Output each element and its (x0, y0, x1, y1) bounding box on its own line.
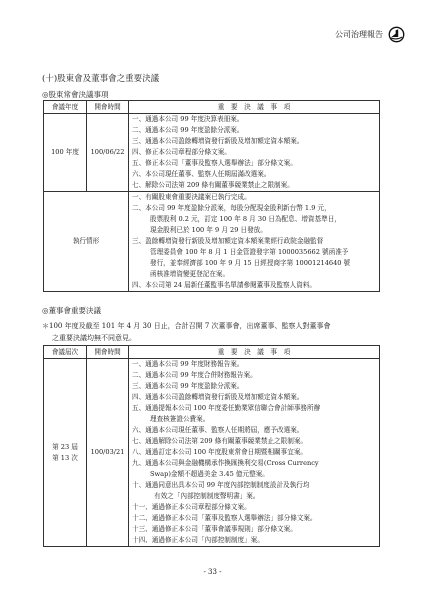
list-item-continuation: 股票股利 0.2 元，訂定 100 年 8 月 30 日為配息、增資基準日， (132, 214, 376, 225)
board-note: ＊100 年度及截至 101 年 4 月 30 日止，合計召開 7 次董事會，出… (42, 320, 387, 344)
header-title: 公司治理報告 (335, 29, 383, 40)
meeting-date: 100/03/21 (87, 359, 129, 547)
table-row: 第 23 屆 第 13 次 100/03/21 一、通過本公司 99 年度財務報… (44, 359, 380, 547)
list-item-continuation: 函核准增資變更登記在案。 (132, 269, 376, 280)
list-item: 十二、通過修正本公司「董事及監察人選舉辦法」部分條文案。 (132, 513, 376, 524)
column-header: 開會時間 (87, 101, 129, 114)
note-line: ＊100 年度及截至 101 年 4 月 30 日止，合計召開 7 次董事會，出… (42, 320, 387, 332)
list-item: 四、修正本公司章程部分條文案。 (132, 147, 376, 158)
column-header: 會議屆次 (44, 346, 87, 359)
board-resolutions-table: 會議屆次 開會時間 重 要 決 議 事 項 第 23 屆 第 13 次 100/… (43, 345, 380, 547)
list-item: 五、修正本公司「董事及監察人選舉辦法」部分條文案。 (132, 158, 376, 169)
list-item: 十四、通過修正本公司「內部控制制度」案。 (132, 535, 376, 546)
shareholders-resolutions-table: 會議年度 開會時間 重 要 決 議 事 項 100 年度 100/06/22 一… (43, 100, 380, 292)
list-item: 一、通過本公司 99 年度財務報告案。 (132, 359, 376, 370)
list-item-continuation: 有效之「內部控制制度聲明書」案。 (132, 491, 376, 502)
list-item: 十三、通過修正本公司「董事會議事規則」部分條文案。 (132, 524, 376, 535)
company-logo-icon (388, 26, 405, 43)
list-item-continuation: 發行，並奉經濟部 100 年 9 月 15 日經授商字第 10001214640… (132, 258, 376, 269)
table-row: 執行情形 一、有關股東會重要決議案已執行完成。 二、本公司 99 年度盈餘分派案… (44, 192, 380, 292)
list-item: 一、通過本公司 99 年度決算表冊案。 (132, 114, 376, 125)
page-number: - 33 - (0, 568, 425, 576)
column-header: 重 要 決 議 事 項 (129, 101, 380, 114)
list-item: 五、通過提報本公司 100 年度委任勤業眾信聯合會計師事務所辦 (132, 403, 376, 414)
list-item: 七、解除公司法第 209 條有關董事競業禁止之限制案。 (132, 180, 376, 191)
list-item: 八、通過訂定本公司 100 年度股東常會日期暨相關事宜案。 (132, 447, 376, 458)
session-line: 第 23 屆 (47, 442, 83, 453)
section-title: (十)股東會及董事會之重要決議 (42, 72, 159, 84)
execution-label: 執行情形 (44, 192, 129, 292)
list-item: 四、通過本公司盈餘轉增資發行新股及增加額定資本額案。 (132, 392, 376, 403)
session-line: 第 13 次 (47, 453, 83, 464)
meeting-session: 第 23 屆 第 13 次 (44, 359, 87, 547)
column-header: 開會時間 (87, 346, 129, 359)
shareholders-subtitle: ◎股東常會決議事項 (42, 89, 109, 100)
list-item: 十、通過同意出具本公司 99 年度內部控制制度設計及執行均 (132, 480, 376, 491)
meeting-date: 100/06/22 (87, 114, 129, 192)
column-header: 重 要 決 議 事 項 (129, 346, 380, 359)
list-item-continuation: 管理委員會 100 年 8 月 1 日金管證發字第 1000035662 號函准… (132, 247, 376, 258)
list-item: 三、盈餘轉增資發行新股及增加額定資本額案業經行政院金融監督 (132, 236, 376, 247)
list-item: 三、通過本公司 99 年度盈餘分派案。 (132, 381, 376, 392)
list-item-continuation: Swap)金額不超過美金 3.45 億元整案。 (132, 469, 376, 480)
resolution-items: 一、通過本公司 99 年度決算表冊案。 二、通過本公司 99 年度盈餘分派案。 … (129, 114, 380, 192)
execution-items: 一、有關股東會重要決議案已執行完成。 二、本公司 99 年度盈餘分派案，每股分配… (129, 192, 380, 292)
list-item: 十一、通過修正本公司章程部分條文案。 (132, 502, 376, 513)
meeting-year: 100 年度 (44, 114, 87, 192)
column-header: 會議年度 (44, 101, 87, 114)
table-row: 100 年度 100/06/22 一、通過本公司 99 年度決算表冊案。 二、通… (44, 114, 380, 192)
list-item: 九、通過本公司與金融機構承作換匯換利交易(Cross Currency (132, 458, 376, 469)
list-item: 七、通過解除公司法第 209 條有關董事競業禁止之限制案。 (132, 436, 376, 447)
list-item: 二、本公司 99 年度盈餘分派案，每股分配現金股利新台幣 1.9 元， (132, 203, 376, 214)
list-item: 二、通過本公司 99 年度盈餘分派案。 (132, 125, 376, 136)
list-item: 六、通過本公司現任董事、監察人任期將屆，應予改選案。 (132, 425, 376, 436)
list-item-continuation: 理查核簽證公費案。 (132, 414, 376, 425)
note-line: 之重要決議均無不同意見。 (42, 332, 387, 344)
page-header: 公司治理報告 (335, 26, 405, 43)
list-item-continuation: 現金股利已於 100 年 9 月 29 日發放。 (132, 225, 376, 236)
list-item: 三、通過本公司盈餘轉增資發行新股及增加額定資本額案。 (132, 136, 376, 147)
list-item: 六、本公司現任董事、監察人任期屆滿改選案。 (132, 169, 376, 180)
table-header-row: 會議年度 開會時間 重 要 決 議 事 項 (44, 101, 380, 114)
board-subtitle: ◎董事會重要決議 (42, 305, 101, 316)
list-item: 一、有關股東會重要決議案已執行完成。 (132, 192, 376, 203)
resolution-items: 一、通過本公司 99 年度財務報告案。 二、通過本公司 99 年度合併財務報告案… (129, 359, 380, 547)
list-item: 二、通過本公司 99 年度合併財務報告案。 (132, 370, 376, 381)
list-item: 四、本公司第 24 屆新任董監事名單請參閱董事及監察人資料。 (132, 280, 376, 291)
table-header-row: 會議屆次 開會時間 重 要 決 議 事 項 (44, 346, 380, 359)
